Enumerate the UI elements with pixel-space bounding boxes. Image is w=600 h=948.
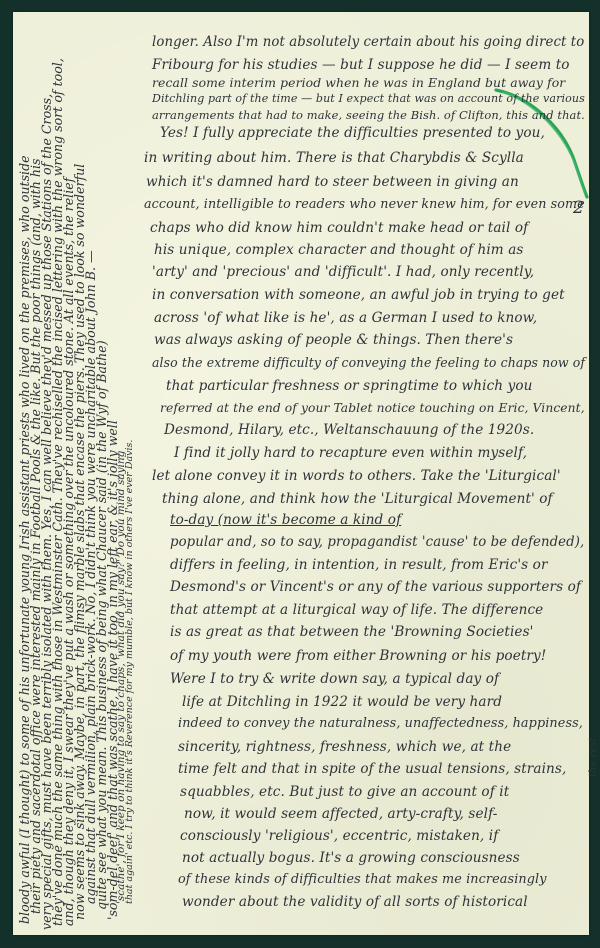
text-line: thing alone, and think how the 'Liturgic… [162,491,553,507]
text-line: also the extreme difficulty of conveying… [152,355,585,370]
text-line: 'arty' and 'precious' and 'difficult'. I… [152,264,534,280]
text-line: sincerity, rightness, freshness, which w… [178,739,511,755]
text-line: in conversation with someone, an awful j… [152,287,565,303]
text-line: that particular freshness or springtime … [166,378,533,394]
text-line: recall some interim period when he was i… [152,75,565,90]
text-line: of my youth were from either Browning or… [170,648,546,664]
text-line: differs in feeling, in intention, in res… [170,557,548,573]
text-line: longer. Also I'm not absolutely certain … [152,34,584,50]
text-line: not actually bogus. It's a growing consc… [182,850,520,866]
text-line: popular and, so to say, propagandist 'ca… [170,534,584,550]
text-line: across 'of what like is he', as a German… [154,310,537,326]
text-line: life at Ditchling in 1922 it would be ve… [182,694,502,710]
text-line: Fribourg for his studies — but I suppose… [152,57,570,73]
text-line: Were I to try & write down say, a typica… [170,671,499,687]
text-line: arrangements that had to make, seeing th… [152,108,585,122]
text-line: his unique, complex character and though… [154,242,524,258]
text-line: consciously 'religious', eccentric, mist… [180,828,498,844]
text-line: referred at the end of your Tablet notic… [160,400,585,415]
text-line: chaps who did know him couldn't make hea… [150,220,528,236]
letter-page: 2 longer. Also I'm not absolutely certai… [13,12,589,935]
text-line: that attempt at a liturgical way of life… [170,602,543,618]
text-line: I find it jolly hard to recapture even w… [174,445,527,461]
text-line: Desmond, Hilary, etc., Weltanschauung of… [164,422,534,438]
text-line: of these kinds of difficulties that make… [178,872,547,887]
text-line: Desmond's or Vincent's or any of the var… [170,579,581,595]
text-line: is as great as that between the 'Brownin… [170,624,533,640]
text-line: indeed to convey the naturalness, unaffe… [178,716,583,731]
text-line: time felt and that in spite of the usual… [178,761,566,777]
text-line: squabbles, etc. But just to give an acco… [180,784,509,800]
text-line: account, intelligible to readers who nev… [144,197,585,212]
text-line: Yes! I fully appreciate the difficulties… [160,125,545,141]
margin-vertical-text: bloody awful (I thought) to some of his … [11,24,129,944]
side-note: the rest [588,738,599,777]
text-line: wonder about the validity of all sorts o… [182,894,528,910]
text-line: in writing about him. There is that Char… [144,150,524,166]
text-line: to-day (now it's become a kind of [170,512,401,528]
text-line: let alone convey it in words to others. … [152,468,561,484]
margin-line: that again' etc. I try to think it's Rev… [124,440,135,904]
text-line: now, it would seem affected, arty-crafty… [184,806,497,822]
text-line: was always asking of people & things. Th… [154,332,513,348]
text-line: which it's damned hard to steer between … [146,174,519,190]
text-line: Ditchling part of the time — but I expec… [152,92,585,105]
